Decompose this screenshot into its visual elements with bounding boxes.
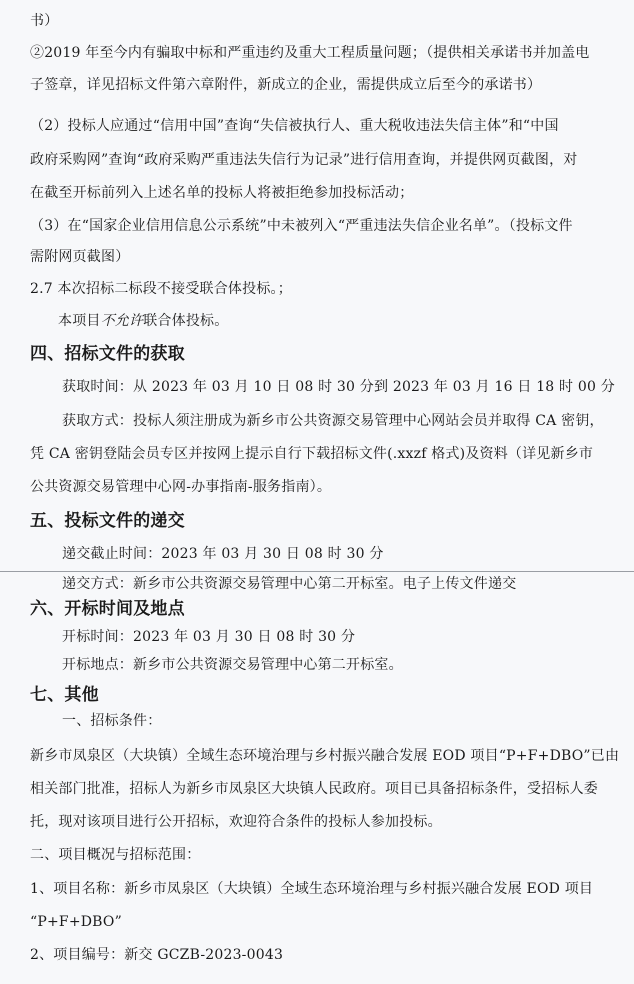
project-name: 1、项目名称：新乡市凤泉区（大块镇）全域生态环境治理与乡村振兴融合发展 EOD …: [30, 880, 593, 898]
text-line: ②2019 年至今内有骗取中标和严重违约及重大工程质量问题；（提供相关承诺书并加…: [30, 44, 589, 62]
obtain-time: 获取时间：从 2023 年 03 月 10 日 08 时 30 分到 2023 …: [62, 378, 615, 396]
subsection-title: 二、项目概况与招标范围：: [30, 846, 200, 864]
text-line: 2.7 本次招标二标段不接受联合体投标。；: [30, 280, 292, 298]
text-line: 相关部门批准，招标人为新乡市凤泉区大块镇人民政府。项目已具备招标条件，受招标人委: [30, 780, 598, 798]
opening-place: 开标地点：新乡市公共资源交易管理中心第二开标室。: [62, 656, 403, 674]
text-line: 本项目不允许联合体投标。: [58, 312, 228, 330]
submission-method: 递交方式：新乡市公共资源交易管理中心第二开标室。电子上传文件递交: [62, 575, 516, 593]
text-span: 本项目: [58, 313, 101, 329]
text-line: 子签章，详见招标文件第六章附件，新成立的企业，需提供成立后至今的承诺书）: [30, 76, 541, 94]
text-line: 政府采购网”查询“政府采购严重违法失信行为记录”进行信用查询，并提供网页截图，对: [30, 151, 577, 169]
text-line: “P+F+DBO”: [30, 913, 122, 931]
text-span: 联合体投标。: [143, 313, 228, 329]
section-heading-5: 五、投标文件的递交: [30, 510, 185, 532]
text-line: （3）在“国家企业信用信息公示系统”中未被列入“严重违法失信企业名单”。（投标文…: [30, 217, 573, 235]
text-line: 需附网页截图）: [30, 248, 129, 266]
text-line: 公共资源交易管理中心网-办事指南-服务指南）。: [30, 478, 331, 496]
text-line: （2）投标人应通过“信用中国”查询“失信被执行人、重大税收违法失信主体”和“中国: [30, 117, 559, 135]
section-heading-6: 六、开标时间及地点: [30, 598, 185, 620]
text-line: 书）: [30, 12, 58, 30]
subsection-title: 一、招标条件：: [62, 712, 161, 730]
section-heading-7: 七、其他: [30, 684, 99, 706]
project-number: 2、项目编号：新交 GCZB-2023-0043: [30, 946, 283, 964]
text-line: 在截至开标前列入上述名单的投标人将被拒绝参加投标活动；: [30, 184, 413, 202]
text-line: 新乡市凤泉区（大块镇）全域生态环境治理与乡村振兴融合发展 EOD 项目“P+F+…: [30, 747, 619, 765]
scan-divider-line: [0, 571, 634, 572]
text-line: 凭 CA 密钥登陆会员专区并按网上提示自行下载招标文件(.xxzf 格式)及资料…: [30, 445, 593, 463]
emphasis-text: 不允许: [101, 313, 144, 329]
submission-deadline: 递交截止时间：2023 年 03 月 30 日 08 时 30 分: [62, 545, 384, 563]
opening-time: 开标时间：2023 年 03 月 30 日 08 时 30 分: [62, 628, 355, 646]
section-heading-4: 四、招标文件的获取: [30, 343, 185, 365]
text-line: 托，现对该项目进行公开招标，欢迎符合条件的投标人参加投标。: [30, 813, 442, 831]
obtain-method: 获取方式：投标人须注册成为新乡市公共资源交易管理中心网站会员并取得 CA 密钥，: [62, 412, 604, 430]
